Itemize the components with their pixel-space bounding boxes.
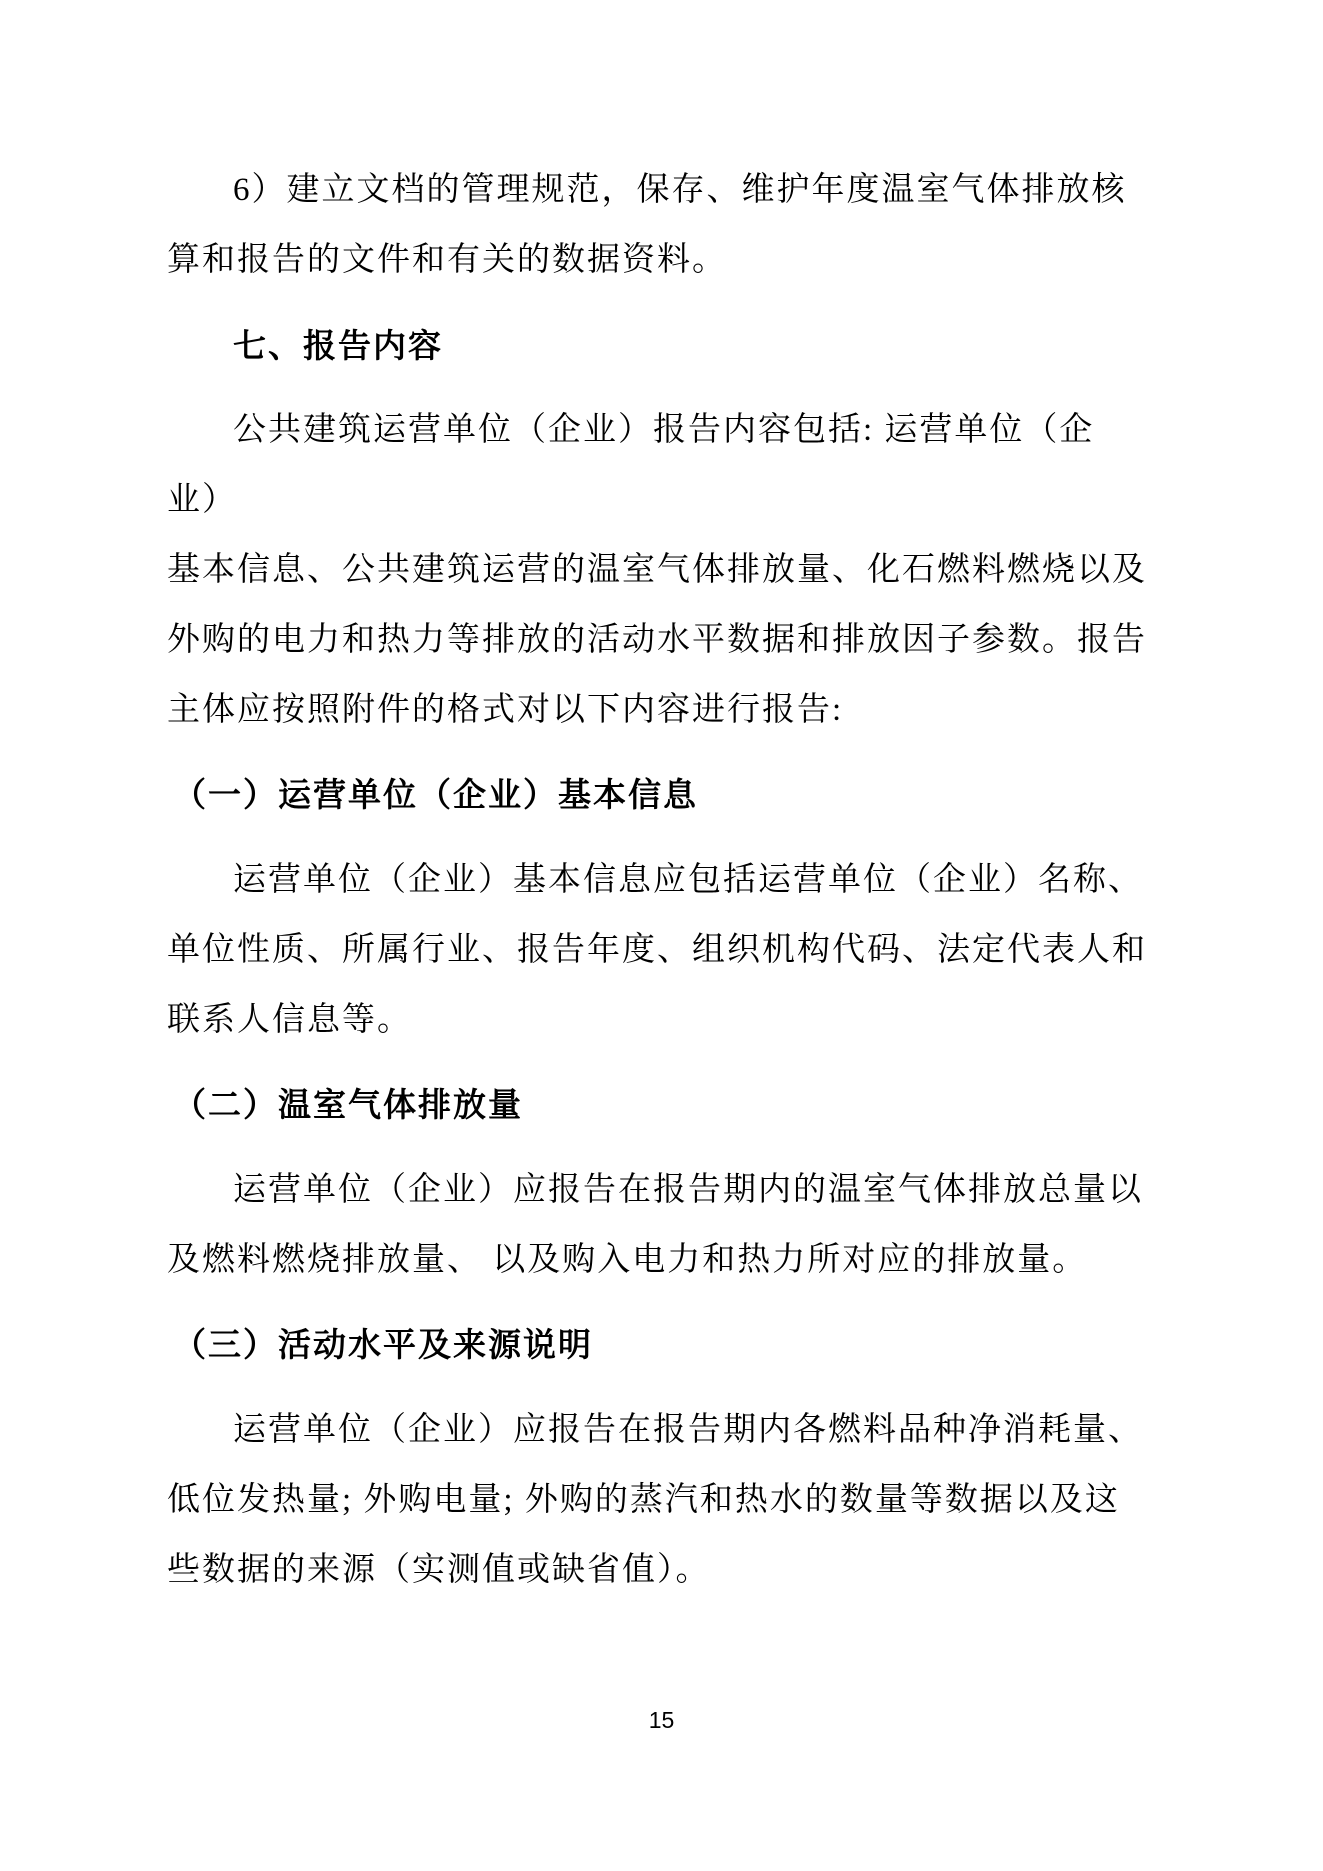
paragraph-activity-level: 运营单位（企业）应报告在报告期内各燃料品种净消耗量、 低位发热量; 外购电量; …: [167, 1395, 1157, 1605]
subsection-heading-1-basic-info: （一）运营单位（企业）基本信息: [167, 761, 1157, 831]
subsection-heading-2-ghg-emissions: （二）温室气体排放量: [167, 1071, 1157, 1141]
paragraph-ghg-emissions: 运营单位（企业）应报告在报告期内的温室气体排放总量以 及燃料燃烧排放量、 以及购…: [167, 1155, 1157, 1295]
subsection-heading-3-activity-level: （三）活动水平及来源说明: [167, 1311, 1157, 1381]
document-content: 6）建立文档的管理规范，保存、维护年度温室气体排放核 算和报告的文件和有关的数据…: [167, 155, 1157, 1605]
paragraph-report-overview: 公共建筑运营单位（企业）报告内容包括: 运营单位（企业） 基本信息、公共建筑运营…: [167, 395, 1157, 745]
paragraph-item6: 6）建立文档的管理规范，保存、维护年度温室气体排放核 算和报告的文件和有关的数据…: [167, 155, 1157, 295]
section-heading-7-report-content: 七、报告内容: [167, 311, 1157, 381]
paragraph-basic-info: 运营单位（企业）基本信息应包括运营单位（企业）名称、 单位性质、所属行业、报告年…: [167, 845, 1157, 1055]
page-number: 15: [0, 1707, 1323, 1734]
document-page: 6）建立文档的管理规范，保存、维护年度温室气体排放核 算和报告的文件和有关的数据…: [0, 0, 1323, 1871]
